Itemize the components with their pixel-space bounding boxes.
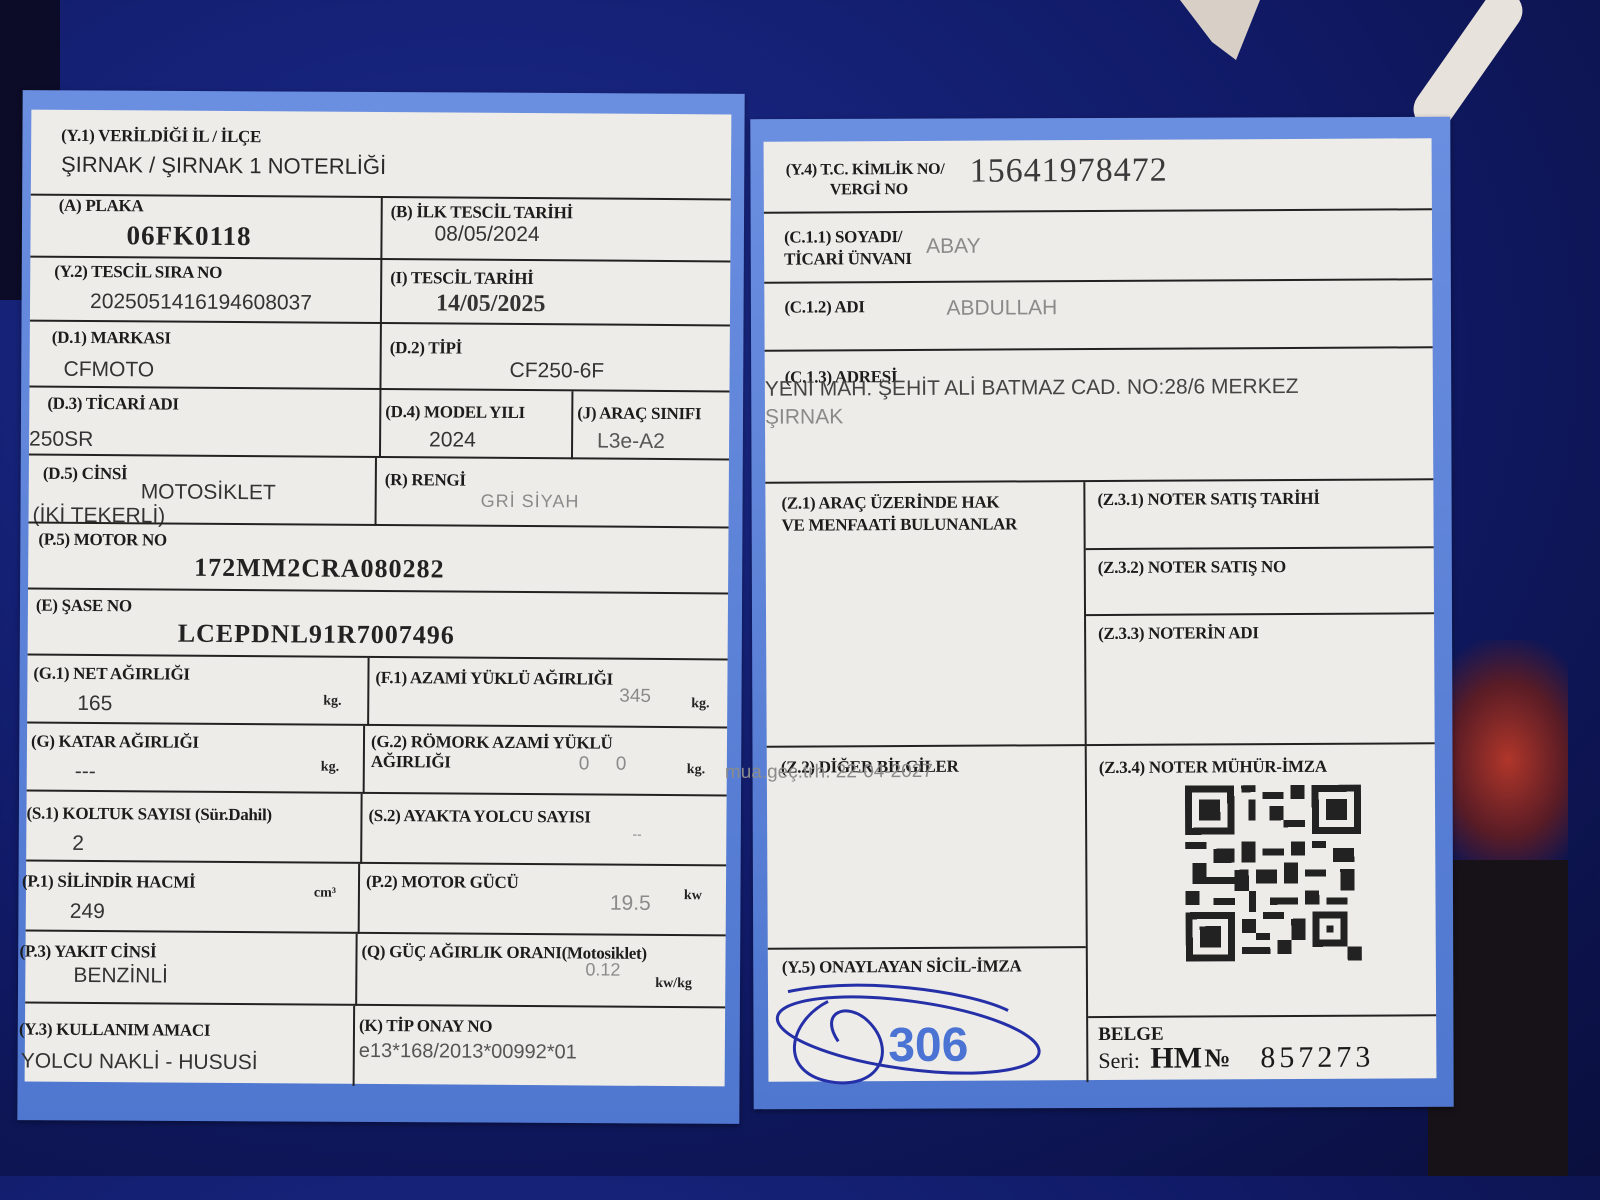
issued-place-row: (Y.1) VERİLDİĞİ İL / İLÇE ŞIRNAK / ŞIRNA…: [31, 110, 732, 199]
approver-label: (Y.5) ONAYLAYAN SİCİL-İMZA: [782, 956, 1022, 977]
rights-row: (Z.1) ARAÇ ÜZERİNDE HAK VE MENFAATİ BULU…: [765, 478, 1434, 747]
train-weight-label: (G) KATAR AĞIRLIĞI: [31, 732, 199, 753]
trailer-weight-label: (G.2) RÖMORK AZAMİ YÜKLÜ: [371, 732, 613, 754]
registration-left-page: (Y.1) VERİLDİĞİ İL / İLÇE ŞIRNAK / ŞIRNA…: [25, 110, 732, 1087]
plate-row: (A) PLAKA 06FK0118 (B) İLK TESCİL TARİHİ…: [30, 194, 730, 263]
issued-place-value: ŞIRNAK / ŞIRNAK 1 NOTERLİĞİ: [61, 152, 386, 180]
net-weight-unit: kg.: [323, 694, 341, 710]
notary-seal-label: (Z.3.4) NOTER MÜHÜR-İMZA: [1099, 757, 1327, 778]
id-no-value: 15641978472: [970, 152, 1168, 191]
seats-row: (S.1) KOLTUK SAYISI (Sür.Dahil) 2 (S.2) …: [26, 790, 726, 867]
max-laden-value: 345: [619, 686, 651, 708]
sequence-value: 2025051416194608037: [90, 290, 312, 316]
registration-right-page: (Y.4) T.C. KİMLİK NO/ VERGİ NO 156419784…: [764, 138, 1437, 1081]
other-info-value: mua.geç.trh. 22-04-2027: [725, 761, 933, 784]
approver-cell: (Y.5) ONAYLAYAN SİCİL-İMZA 306: [768, 946, 1087, 1084]
other-info-cell: (Z.2) DİĞER BİLGİLER mua.geç.trh. 22-04-…: [767, 746, 1087, 1084]
engine-no-value: 172MM2CRA080282: [194, 553, 445, 585]
address-value-2: ŞIRNAK: [765, 405, 843, 429]
name-label: (C.1.2) ADI: [784, 297, 864, 317]
fuel-value: BENZİNLİ: [73, 964, 168, 989]
trade-name-row: (D.3) TİCARİ ADI 250SR (D.4) MODEL YILI …: [29, 386, 729, 461]
make-value: CFMOTO: [64, 358, 155, 383]
id-no-row: (Y.4) T.C. KİMLİK NO/ VERGİ NO 156419784…: [764, 138, 1432, 211]
document-serial-cell: BELGE Seri: HM № 857273: [1088, 1014, 1436, 1082]
train-weight-row: (G) KATAR AĞIRLIĞI --- kg. (G.2) RÖMORK …: [27, 722, 727, 797]
engine-power-value: 19.5: [610, 892, 651, 916]
engine-power-unit: kw: [684, 888, 702, 904]
background-wrapper: [1180, 0, 1260, 60]
notary-seal-cell: (Z.3.4) NOTER MÜHÜR-İMZA BELGE Seri: H: [1085, 744, 1437, 1082]
usage-row: (Y.3) KULLANIM AMACI YOLCU NAKLİ - HUSUS…: [25, 1002, 726, 1089]
seat-count-value: 2: [72, 832, 84, 856]
color-label: (R) RENGİ: [385, 470, 466, 491]
address-value: YENİ MAH. ŞEHİT ALİ BATMAZ CAD. NO:28/6 …: [765, 375, 1299, 402]
power-ratio-unit: kw/kg: [655, 976, 692, 992]
first-registration-value: 08/05/2024: [434, 222, 539, 247]
cylinder-row: (P.1) SİLİNDİR HACMİ 249 cm³ (P.2) MOTOR…: [26, 860, 726, 937]
engine-no-label: (P.5) MOTOR NO: [38, 530, 167, 551]
rights-label: (Z.1) ARAÇ ÜZERİNDE HAK: [781, 493, 999, 514]
max-laden-label: (F.1) AZAMİ YÜKLÜ AĞIRLIĞI: [375, 668, 613, 690]
surname-row: (C.1.1) SOYADI/ TİCARİ ÜNVANI ABAY: [764, 208, 1432, 283]
max-laden-unit: kg.: [691, 696, 709, 712]
trailer-weight-label-2: AĞIRLIĞI: [371, 752, 451, 773]
svg-text:306: 306: [888, 1019, 968, 1072]
make-row: (D.1) MARKASI CFMOTO (D.2) TİPİ CF250-6F: [29, 320, 729, 393]
registration-date-label: (I) TESCİL TARİHİ: [390, 268, 533, 289]
surname-label: (C.1.1) SOYADI/: [784, 227, 902, 248]
fuel-row: (P.3) YAKIT CİNSİ BENZİNLİ (Q) GÜÇ AĞIRL…: [25, 930, 725, 1009]
vehicle-class-label: (J) ARAÇ SINIFI: [577, 403, 701, 424]
serial-prefix-label: Seri:: [1098, 1048, 1140, 1074]
type-approval-label: (K) TİP ONAY NO: [359, 1016, 492, 1037]
net-weight-value: 165: [77, 692, 112, 716]
type-value: CF250-6F: [510, 359, 605, 384]
serial-number: 857273: [1260, 1041, 1374, 1076]
chassis-no-label: (E) ŞASE NO: [36, 596, 132, 617]
power-ratio-value: 0.12: [585, 959, 620, 980]
type-label: (D.2) TİPİ: [390, 338, 462, 359]
first-registration-cell: (B) İLK TESCİL TARİHİ 08/05/2024: [380, 198, 730, 262]
standing-label: (S.2) AYAKTA YOLCU SAYISI: [368, 806, 590, 828]
issued-place-label: (Y.1) VERİLDİĞİ İL / İLÇE: [61, 126, 261, 147]
first-registration-label: (B) İLK TESCİL TARİHİ: [391, 202, 573, 223]
fuel-label: (P.3) YAKIT CİNSİ: [19, 942, 156, 963]
train-weight-unit: kg.: [321, 760, 339, 776]
registration-date-value: 14/05/2025: [436, 290, 546, 318]
trailer-weight-value: 0 0: [579, 753, 627, 775]
train-weight-value: ---: [75, 760, 96, 784]
model-year-label: (D.4) MODEL YILI: [385, 402, 525, 423]
name-value: ABDULLAH: [946, 296, 1057, 321]
cylinder-value: 249: [70, 900, 105, 924]
surname-value: ABAY: [926, 235, 981, 259]
surname-label-2: TİCARİ ÜNVANI: [784, 249, 912, 270]
serial-series: HM: [1150, 1041, 1202, 1075]
standing-value: --: [632, 826, 641, 842]
engine-power-label: (P.2) MOTOR GÜCÜ: [366, 872, 519, 893]
id-no-label-2: VERGİ NO: [830, 181, 908, 199]
cylinder-label: (P.1) SİLİNDİR HACMİ: [22, 872, 195, 893]
trade-name-label: (D.3) TİCARİ ADI: [47, 394, 179, 415]
sequence-label: (Y.2) TESCİL SIRA NO: [54, 262, 222, 283]
make-label: (D.1) MARKASI: [52, 328, 171, 349]
type-approval-value: e13*168/2013*00992*01: [359, 1040, 577, 1065]
id-no-label: (Y.4) T.C. KİMLİK NO/: [786, 161, 945, 180]
plate-cell: (A) PLAKA 06FK0118: [30, 196, 380, 260]
model-year-value: 2024: [429, 428, 476, 452]
cylinder-unit: cm³: [314, 886, 336, 902]
kind-value: MOTOSİKLET: [141, 480, 276, 505]
plate-value: 06FK0118: [126, 220, 251, 252]
engine-no-row: (P.5) MOTOR NO 172MM2CRA080282: [28, 522, 728, 595]
rights-label-2: VE MENFAATİ BULUNANLAR: [782, 514, 1018, 535]
kind-label: (D.5) CİNSİ: [43, 464, 128, 485]
trailer-weight-unit: kg.: [687, 762, 705, 778]
notary-sale-no-label: (Z.3.2) NOTER SATIŞ NO: [1098, 557, 1286, 578]
color-value: GRİ SİYAH: [481, 491, 580, 513]
name-row: (C.1.2) ADI ABDULLAH: [764, 278, 1432, 351]
plate-label: (A) PLAKA: [59, 196, 144, 217]
weight-row: (G.1) NET AĞIRLIĞI 165 kg. (F.1) AZAMİ Y…: [27, 654, 727, 729]
net-weight-label: (G.1) NET AĞIRLIĞI: [33, 664, 189, 685]
sequence-row: (Y.2) TESCİL SIRA NO 2025051416194608037…: [30, 256, 730, 327]
trade-name-value: 250SR: [29, 428, 93, 452]
usage-label: (Y.3) KULLANIM AMACI: [19, 1020, 210, 1041]
chassis-no-row: (E) ŞASE NO LCEPDNL91R7007496: [28, 588, 728, 661]
rights-holders-cell: (Z.1) ARAÇ ÜZERİNDE HAK VE MENFAATİ BULU…: [765, 482, 1084, 748]
signature-icon: 306: [768, 980, 1059, 1092]
vehicle-class-value: L3e-A2: [597, 430, 665, 454]
address-row: (C.1.3) ADRESİ YENİ MAH. ŞEHİT ALİ BATMA…: [765, 346, 1434, 483]
kind-row: (D.5) CİNSİ MOTOSİKLET (İKİ TEKERLİ) (R)…: [29, 454, 729, 529]
notary-cells: (Z.3.1) NOTER SATIŞ TARİHİ (Z.3.2) NOTER…: [1083, 480, 1434, 746]
usage-value: YOLCU NAKLİ - HUSUSİ: [21, 1050, 258, 1076]
notary-sale-date-label: (Z.3.1) NOTER SATIŞ TARİHİ: [1097, 489, 1319, 510]
number-sign-icon: №: [1204, 1043, 1230, 1073]
seat-count-label: (S.1) KOLTUK SAYISI (Sür.Dahil): [26, 804, 271, 826]
chassis-no-value: LCEPDNL91R7007496: [178, 619, 455, 651]
other-info-row: (Z.2) DİĞER BİLGİLER mua.geç.trh. 22-04-…: [767, 742, 1437, 1083]
qr-code-icon: [1185, 785, 1362, 962]
notary-name-label: (Z.3.3) NOTERİN ADI: [1098, 623, 1259, 644]
